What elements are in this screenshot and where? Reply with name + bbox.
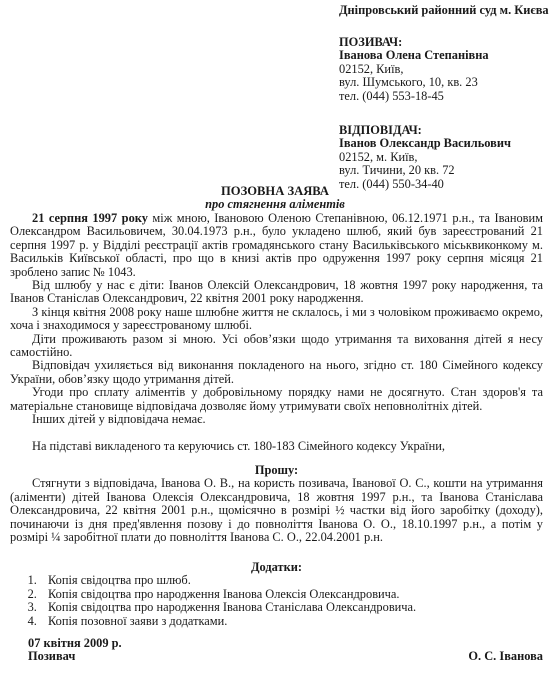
document-heading: ПОЗОВНА ЗАЯВА про стягнення аліментів [0, 185, 550, 212]
signer-role: Позивач [28, 650, 75, 663]
plaintiff-block: ПОЗИВАЧ: Іванова Олена Степанівна 02152,… [339, 36, 549, 103]
plaintiff-name: Іванова Олена Степанівна [339, 49, 549, 62]
list-item: Копія позовної заяви з додатками. [40, 615, 543, 628]
paragraph-children: Від шлюбу у нас є діти: Іванов Олексій О… [10, 279, 543, 306]
signature-block: 07 квітня 2009 р. Позивач О. С. Іванова [28, 637, 543, 664]
legal-basis: На підставі викладеного та керуючись ст.… [10, 440, 543, 453]
document-body: 21 серпня 1997 року між мною, Івановою О… [10, 212, 543, 453]
attachments-list: Копія свідоцтва про шлюб. Копія свідоцтв… [10, 574, 543, 628]
paragraph-other-children: Інших дітей у відповідача немає. [10, 413, 543, 426]
marriage-date: 21 серпня 1997 року [32, 211, 148, 225]
paragraph-evasion: Відповідач ухиляється від виконання покл… [10, 359, 543, 386]
request-section: Прошу: Стягнути з відповідача, Іванова О… [10, 464, 543, 544]
paragraph-custody: Діти проживають разом зі мною. Усі обов’… [10, 333, 543, 360]
list-item: Копія свідоцтва про народження Іванова О… [40, 588, 543, 601]
defendant-address-street: вул. Тичини, 20 кв. 72 [339, 164, 549, 177]
plaintiff-phone: тел. (044) 553-18-45 [339, 90, 549, 103]
intro-paragraph: 21 серпня 1997 року між мною, Івановою О… [10, 212, 543, 279]
defendant-name: Іванов Олександр Васильович [339, 137, 549, 150]
defendant-block: ВІДПОВІДАЧ: Іванов Олександр Васильович … [339, 124, 549, 191]
plaintiff-address-city: 02152, Київ, [339, 63, 549, 76]
document-subtitle: про стягнення аліментів [0, 198, 550, 211]
court-name: Дніпровський районний суд м. Києва [339, 4, 549, 17]
request-text: Стягнути з відповідача, Іванова О. В., н… [10, 477, 543, 544]
list-item: Копія свідоцтва про народження Іванова С… [40, 601, 543, 614]
defendant-address-city: 02152, м. Київ, [339, 151, 549, 164]
plaintiff-label: ПОЗИВАЧ: [339, 36, 549, 49]
paragraph-separation: З кінця квітня 2008 року наше шлюбне жит… [10, 306, 543, 333]
attachments-heading: Додатки: [10, 561, 543, 574]
paragraph-no-agreement: Угоди про сплату аліментів у добровільно… [10, 386, 543, 413]
document-date: 07 квітня 2009 р. [28, 637, 543, 650]
signer-name: О. С. Іванова [468, 650, 543, 663]
list-item: Копія свідоцтва про шлюб. [40, 574, 543, 587]
document-title: ПОЗОВНА ЗАЯВА [0, 185, 550, 198]
defendant-label: ВІДПОВІДАЧ: [339, 124, 549, 137]
plaintiff-address-street: вул. Шумського, 10, кв. 23 [339, 76, 549, 89]
attachments-section: Додатки: Копія свідоцтва про шлюб. Копія… [10, 561, 543, 628]
request-heading: Прошу: [10, 464, 543, 477]
